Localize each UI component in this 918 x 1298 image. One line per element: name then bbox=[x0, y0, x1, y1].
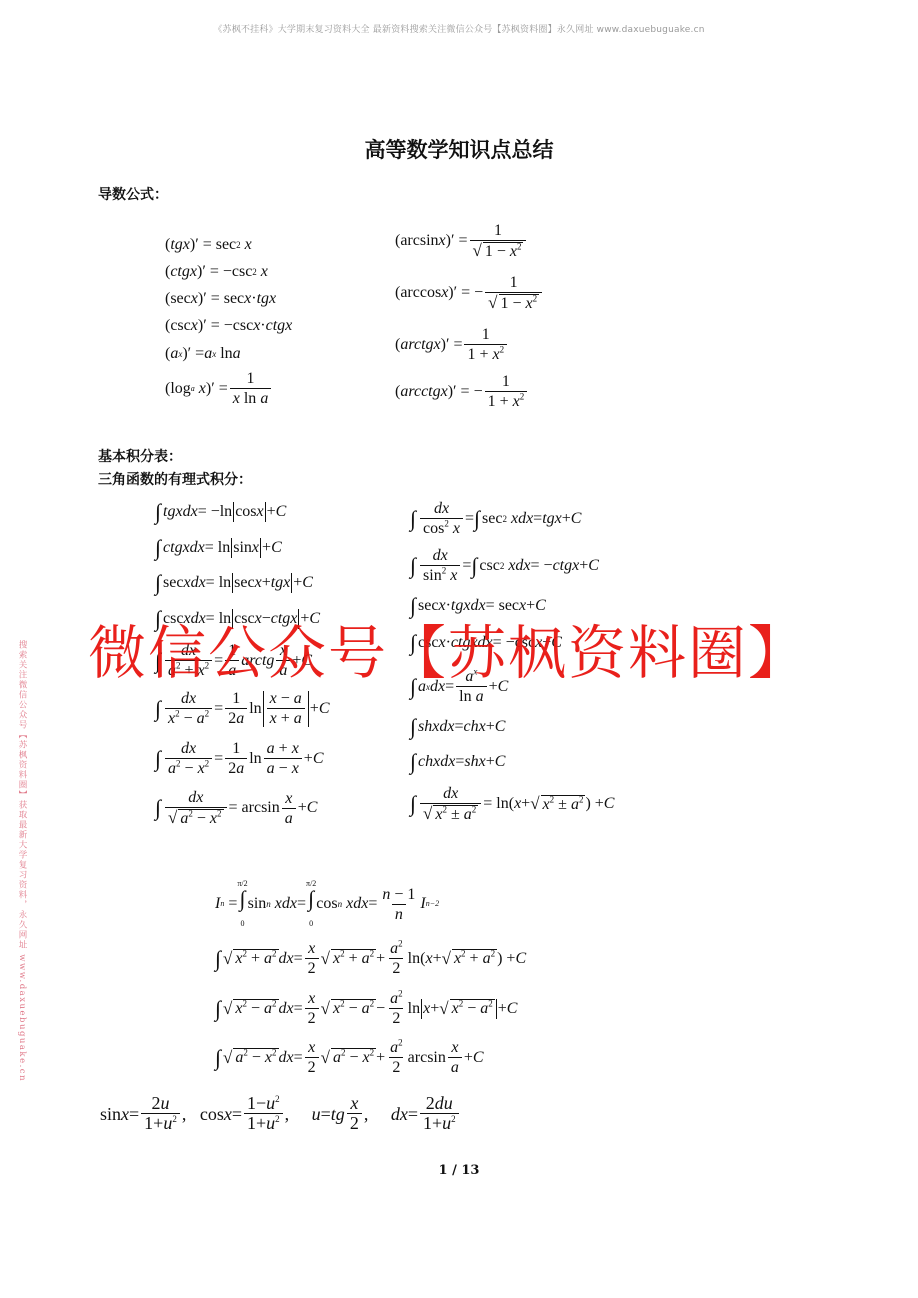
formula: (arctgx)′ = 11 + x2 bbox=[395, 326, 509, 363]
formula: (csc x)′ = −csc x · ctgx bbox=[165, 317, 292, 335]
header-banner: 《苏枫不挂科》大学期末复习资料大全 最新资料搜索关注微信公众号【苏枫资料圈】永久… bbox=[0, 22, 918, 35]
formula: (arcctgx)′ = − 11 + x2 bbox=[395, 373, 529, 410]
formula: ∫dx√a2 − x2 = arcsinxa + C bbox=[155, 789, 317, 827]
formula: ∫tgxdx = −lncos x + C bbox=[155, 502, 286, 522]
formula: (loga x)′ = 1x ln a bbox=[165, 370, 273, 407]
formula: ∫shxdx = chx + C bbox=[410, 718, 505, 736]
formula: (arcsin x)′ = 1√1 − x2 bbox=[395, 222, 528, 260]
formula: (arccos x)′ = − 1√1 − x2 bbox=[395, 274, 544, 312]
formula: ∫dx√x2 ± a2 = ln(x + √x2 ± a2) + C bbox=[410, 785, 614, 823]
watermark: 微信公众号【苏枫资料圈】 bbox=[88, 606, 808, 690]
formula: (tgx)′ = sec2 x bbox=[165, 236, 252, 254]
formula: ∫dxsin2 x = ∫csc2 xdx = −ctgx + C bbox=[410, 547, 599, 584]
section-basic-integrals: 基本积分表： bbox=[98, 446, 182, 466]
page-number: 1 / 13 bbox=[0, 1163, 918, 1178]
page-title: 高等数学知识点总结 bbox=[0, 134, 918, 164]
side-note: 搜索关注微信公众号【苏枫资料圈】获取最新大学复习资料，永久网址 www.daxu… bbox=[16, 640, 28, 1082]
formula: ∫sec xdx = lnsec x + tgx + C bbox=[155, 573, 313, 593]
formula: (ax)′ = ax ln a bbox=[165, 345, 241, 363]
formula: ∫√a2 − x2dx = x2√a2 − x2 + a22arcsinxa +… bbox=[215, 1039, 484, 1076]
formula: ∫dxcos2 x = ∫sec2 xdx = tgx + C bbox=[410, 500, 581, 537]
formula: ∫dxx2 − a2 = 12alnx − ax + a + C bbox=[155, 690, 330, 727]
formula: In = π/2∫0sinn xdx = π/2∫0cosn xdx = n −… bbox=[215, 880, 439, 928]
formula: (sec x)′ = sec x · tgx bbox=[165, 290, 276, 308]
formula: (ctgx)′ = −csc2 x bbox=[165, 263, 268, 281]
formula: ∫chxdx = shx + C bbox=[410, 753, 505, 771]
substitution-formula: sinx=2u1+u2, cosx=1−u21+u2, u=tgx2, dx=2… bbox=[100, 1095, 461, 1132]
section-derivatives: 导数公式： bbox=[98, 184, 168, 204]
formula: ∫√x2 + a2dx = x2√x2 + a2 + a22ln(x + √x2… bbox=[215, 940, 526, 977]
formula: ∫√x2 − a2dx = x2√x2 − a2 − a22lnx + √x2 … bbox=[215, 990, 517, 1027]
formula: ∫ctgxdx = lnsin x + C bbox=[155, 538, 282, 558]
section-trig-rational: 三角函数的有理式积分： bbox=[98, 469, 252, 489]
formula: ∫dxa2 − x2 = 12alna + xa − x + C bbox=[155, 740, 324, 777]
